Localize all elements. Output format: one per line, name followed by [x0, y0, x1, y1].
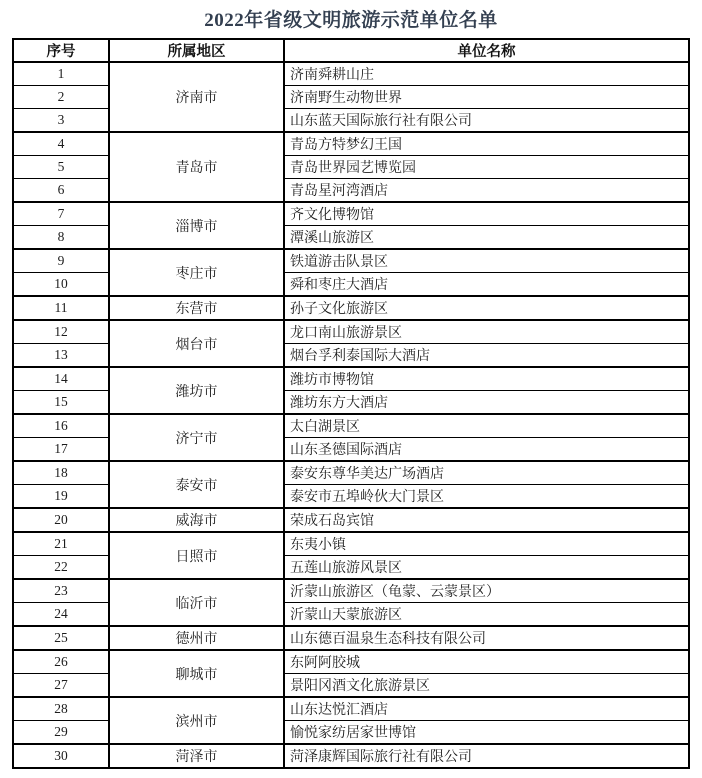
unit-name-cell: 烟台孚利泰国际大酒店	[284, 344, 689, 368]
serial-cell: 1	[13, 62, 109, 86]
unit-name-cell: 齐文化博物馆	[284, 202, 689, 226]
serial-cell: 24	[13, 603, 109, 627]
serial-cell: 14	[13, 367, 109, 391]
region-cell: 东营市	[109, 296, 284, 320]
serial-cell: 28	[13, 697, 109, 721]
unit-name-cell: 山东蓝天国际旅行社有限公司	[284, 109, 689, 133]
table-row: 20威海市荣成石岛宾馆	[13, 508, 689, 532]
serial-cell: 13	[13, 344, 109, 368]
serial-cell: 11	[13, 296, 109, 320]
serial-cell: 22	[13, 556, 109, 580]
unit-name-cell: 景阳冈酒文化旅游景区	[284, 674, 689, 698]
region-cell: 泰安市	[109, 461, 284, 508]
unit-name-cell: 山东圣德国际酒店	[284, 438, 689, 462]
table-row: 25德州市山东德百温泉生态科技有限公司	[13, 626, 689, 650]
document-page: 2022年省级文明旅游示范单位名单 序号 所属地区 单位名称 1济南市济南舜耕山…	[0, 0, 702, 778]
table-row: 1济南市济南舜耕山庄	[13, 62, 689, 86]
region-cell: 聊城市	[109, 650, 284, 697]
table-header-row: 序号 所属地区 单位名称	[13, 39, 689, 62]
unit-name-cell: 沂蒙山天蒙旅游区	[284, 603, 689, 627]
region-cell: 烟台市	[109, 320, 284, 367]
serial-cell: 19	[13, 485, 109, 509]
serial-cell: 25	[13, 626, 109, 650]
region-cell: 威海市	[109, 508, 284, 532]
unit-name-cell: 潍坊东方大酒店	[284, 391, 689, 415]
units-table: 序号 所属地区 单位名称 1济南市济南舜耕山庄2济南野生动物世界3山东蓝天国际旅…	[12, 38, 690, 769]
serial-cell: 15	[13, 391, 109, 415]
unit-name-cell: 山东达悦汇酒店	[284, 697, 689, 721]
table-row: 9枣庄市铁道游击队景区	[13, 249, 689, 273]
region-cell: 日照市	[109, 532, 284, 579]
unit-name-cell: 潭溪山旅游区	[284, 226, 689, 250]
region-cell: 潍坊市	[109, 367, 284, 414]
serial-cell: 3	[13, 109, 109, 133]
serial-cell: 17	[13, 438, 109, 462]
serial-cell: 23	[13, 579, 109, 603]
serial-cell: 26	[13, 650, 109, 674]
serial-cell: 21	[13, 532, 109, 556]
table-row: 21日照市东夷小镇	[13, 532, 689, 556]
region-cell: 青岛市	[109, 132, 284, 202]
unit-name-cell: 济南舜耕山庄	[284, 62, 689, 86]
unit-name-cell: 泰安市五埠岭伙大门景区	[284, 485, 689, 509]
region-cell: 枣庄市	[109, 249, 284, 296]
unit-name-cell: 青岛星河湾酒店	[284, 179, 689, 203]
unit-name-cell: 济南野生动物世界	[284, 86, 689, 109]
unit-name-cell: 东阿阿胶城	[284, 650, 689, 674]
table-row: 7淄博市齐文化博物馆	[13, 202, 689, 226]
serial-cell: 29	[13, 721, 109, 745]
table-row: 18泰安市泰安东尊华美达广场酒店	[13, 461, 689, 485]
table-row: 23临沂市沂蒙山旅游区（龟蒙、云蒙景区）	[13, 579, 689, 603]
unit-name-cell: 舜和枣庄大酒店	[284, 273, 689, 297]
region-cell: 淄博市	[109, 202, 284, 249]
unit-name-cell: 青岛世界园艺博览园	[284, 156, 689, 179]
table-row: 11东营市孙子文化旅游区	[13, 296, 689, 320]
region-cell: 临沂市	[109, 579, 284, 626]
unit-name-cell: 山东德百温泉生态科技有限公司	[284, 626, 689, 650]
table-row: 28滨州市山东达悦汇酒店	[13, 697, 689, 721]
table-row: 12烟台市龙口南山旅游景区	[13, 320, 689, 344]
unit-name-cell: 孙子文化旅游区	[284, 296, 689, 320]
region-cell: 德州市	[109, 626, 284, 650]
col-header-serial: 序号	[13, 39, 109, 62]
region-cell: 济宁市	[109, 414, 284, 461]
serial-cell: 18	[13, 461, 109, 485]
table-row: 26聊城市东阿阿胶城	[13, 650, 689, 674]
table-row: 14潍坊市潍坊市博物馆	[13, 367, 689, 391]
region-cell: 滨州市	[109, 697, 284, 744]
serial-cell: 9	[13, 249, 109, 273]
unit-name-cell: 东夷小镇	[284, 532, 689, 556]
unit-name-cell: 沂蒙山旅游区（龟蒙、云蒙景区）	[284, 579, 689, 603]
serial-cell: 7	[13, 202, 109, 226]
serial-cell: 4	[13, 132, 109, 156]
serial-cell: 8	[13, 226, 109, 250]
unit-name-cell: 龙口南山旅游景区	[284, 320, 689, 344]
region-cell: 菏泽市	[109, 744, 284, 768]
unit-name-cell: 愉悦家纺居家世博馆	[284, 721, 689, 745]
region-cell: 济南市	[109, 62, 284, 132]
serial-cell: 6	[13, 179, 109, 203]
unit-name-cell: 青岛方特梦幻王国	[284, 132, 689, 156]
serial-cell: 5	[13, 156, 109, 179]
serial-cell: 2	[13, 86, 109, 109]
unit-name-cell: 潍坊市博物馆	[284, 367, 689, 391]
serial-cell: 12	[13, 320, 109, 344]
serial-cell: 27	[13, 674, 109, 698]
col-header-unit: 单位名称	[284, 39, 689, 62]
unit-name-cell: 五莲山旅游风景区	[284, 556, 689, 580]
table-row: 30菏泽市菏泽康辉国际旅行社有限公司	[13, 744, 689, 768]
unit-name-cell: 铁道游击队景区	[284, 249, 689, 273]
col-header-region: 所属地区	[109, 39, 284, 62]
serial-cell: 30	[13, 744, 109, 768]
unit-name-cell: 荣成石岛宾馆	[284, 508, 689, 532]
table-row: 4青岛市青岛方特梦幻王国	[13, 132, 689, 156]
table-body: 1济南市济南舜耕山庄2济南野生动物世界3山东蓝天国际旅行社有限公司4青岛市青岛方…	[13, 62, 689, 768]
page-title: 2022年省级文明旅游示范单位名单	[0, 0, 702, 38]
serial-cell: 16	[13, 414, 109, 438]
table-row: 16济宁市太白湖景区	[13, 414, 689, 438]
unit-name-cell: 太白湖景区	[284, 414, 689, 438]
serial-cell: 10	[13, 273, 109, 297]
unit-name-cell: 泰安东尊华美达广场酒店	[284, 461, 689, 485]
serial-cell: 20	[13, 508, 109, 532]
unit-name-cell: 菏泽康辉国际旅行社有限公司	[284, 744, 689, 768]
